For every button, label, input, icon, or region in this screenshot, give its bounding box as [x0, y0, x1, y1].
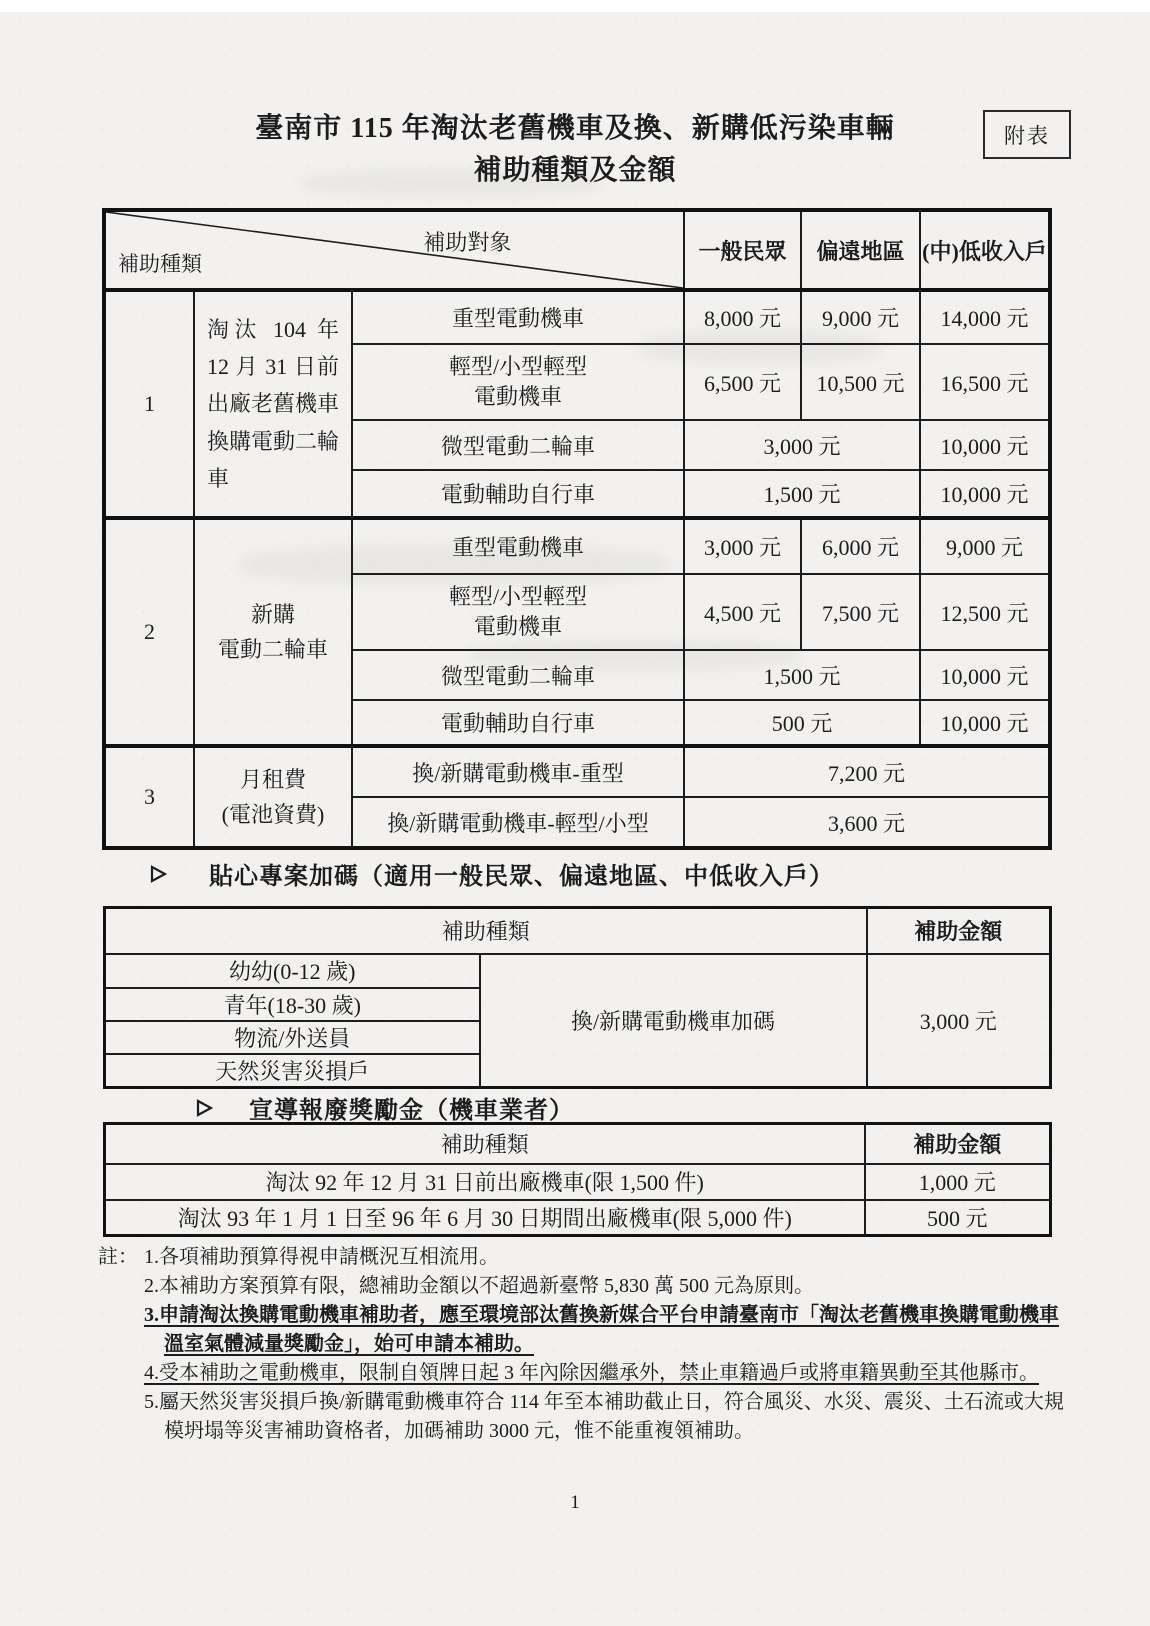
- amount-cell-merged: 3,000 元: [684, 420, 920, 470]
- notes-section: 註： 1.各項補助預算得視申請概況互相流用。 2.本補助方案預算有限，總補助金額…: [98, 1243, 1070, 1446]
- bonus-type-cell: 幼幼(0-12 歲): [105, 954, 480, 988]
- target-cell: 微型電動二輪車: [352, 650, 684, 700]
- target-cell: 輕型/小型輕型電動機車: [352, 344, 684, 420]
- note-item-5: 5.屬天然災害災損戶換/新購電動機車符合 114 年至本補助截止日，符合風災、水…: [144, 1388, 1070, 1446]
- reward-section-heading: 宣導報廢獎勵金（機車業者）: [196, 1090, 574, 1125]
- amount-cell: 10,000 元: [920, 650, 1050, 700]
- group-number: 2: [104, 518, 194, 746]
- target-label: 輕型/小型輕型電動機車: [442, 352, 594, 411]
- note-item-3: 3.申請淘汰換購電動機車補助者，應至環境部汰舊換新媒合平台申請臺南市「淘汰老舊機…: [144, 1301, 1070, 1359]
- group-number: 3: [104, 746, 194, 848]
- amount-cell-merged: 7,200 元: [684, 746, 1050, 797]
- amount-cell: 10,000 元: [920, 470, 1050, 518]
- amount-cell-merged: 3,600 元: [684, 797, 1050, 848]
- category-line-1: 新購: [195, 597, 351, 632]
- target-cell: 微型電動二輪車: [352, 420, 684, 470]
- reward-type-cell: 淘汰 93 年 1 月 1 日至 96 年 6 月 30 日期間出廠機車(限 5…: [105, 1200, 865, 1236]
- notes-list: 1.各項補助預算得視申請概況互相流用。 2.本補助方案預算有限，總補助金額以不超…: [144, 1243, 1070, 1446]
- bonus-section-heading: 貼心專案加碼（適用一般民眾、偏遠地區、中低收入戶）: [150, 856, 834, 891]
- scanned-document-page: 臺南市 115 年淘汰老舊機車及換、新購低污染車輛 補助種類及金額 附表 補助種…: [0, 0, 1150, 1626]
- bonus-type-cell: 青年(18-30 歲): [105, 988, 480, 1021]
- title-line-1: 臺南市 115 年淘汰老舊機車及換、新購低污染車輛: [125, 108, 1025, 150]
- reward-heading-text: 宣導報廢獎勵金（機車業者）: [249, 1090, 574, 1125]
- amount-cell: 16,500 元: [920, 344, 1050, 420]
- target-cell: 換/新購電動機車-重型: [352, 746, 684, 797]
- category-line-1: 月租費: [195, 762, 351, 797]
- amount-cell: 9,000 元: [801, 290, 920, 344]
- reward-amount-cell: 500 元: [865, 1200, 1051, 1236]
- target-cell: 重型電動機車: [352, 518, 684, 574]
- group-number: 1: [104, 290, 194, 518]
- column-header-general: 一般民眾: [684, 210, 801, 290]
- reward-header-amount: 補助金額: [865, 1124, 1051, 1164]
- bonus-table: 補助種類 補助金額 幼幼(0-12 歲) 換/新購電動機車加碼 3,000 元 …: [103, 906, 1052, 1089]
- amount-cell: 10,000 元: [920, 700, 1050, 746]
- amount-cell: 14,000 元: [920, 290, 1050, 344]
- group-category: 新購 電動二輪車: [194, 518, 352, 746]
- appendix-tag-label: 附表: [1004, 120, 1050, 150]
- target-cell: 換/新購電動機車-輕型/小型: [352, 797, 684, 848]
- reward-type-cell: 淘汰 92 年 12 月 31 日前出廠機車(限 1,500 件): [105, 1164, 865, 1200]
- notes-label: 註：: [98, 1243, 144, 1446]
- note-item-2: 2.本補助方案預算有限，總補助金額以不超過新臺幣 5,830 萬 500 元為原…: [144, 1272, 1070, 1301]
- amount-cell: 6,500 元: [684, 344, 801, 420]
- column-header-remote: 偏遠地區: [801, 210, 920, 290]
- category-line-2: (電池資費): [195, 797, 351, 832]
- amount-cell-merged: 1,500 元: [684, 650, 920, 700]
- amount-cell: 12,500 元: [920, 574, 1050, 650]
- reward-table: 補助種類 補助金額 淘汰 92 年 12 月 31 日前出廠機車(限 1,500…: [103, 1122, 1052, 1237]
- amount-cell: 3,000 元: [684, 518, 801, 574]
- reward-header-type: 補助種類: [105, 1124, 865, 1164]
- amount-cell: 10,500 元: [801, 344, 920, 420]
- amount-cell: 9,000 元: [920, 518, 1050, 574]
- bonus-heading-text: 貼心專案加碼（適用一般民眾、偏遠地區、中低收入戶）: [209, 856, 834, 891]
- amount-cell: 8,000 元: [684, 290, 801, 344]
- document-title: 臺南市 115 年淘汰老舊機車及換、新購低污染車輛 補助種類及金額: [125, 108, 1025, 192]
- target-cell: 重型電動機車: [352, 290, 684, 344]
- category-line-2: 電動二輪車: [195, 632, 351, 667]
- diagonal-header-cell: 補助種類 補助對象: [104, 210, 684, 290]
- target-cell: 電動輔助自行車: [352, 700, 684, 746]
- amount-cell: 6,000 元: [801, 518, 920, 574]
- column-header-low-income: (中)低收入戶: [920, 210, 1050, 290]
- bonus-header-type: 補助種類: [105, 908, 867, 954]
- corner-label-category: 補助種類: [118, 248, 202, 278]
- amount-cell: 4,500 元: [684, 574, 801, 650]
- bonus-type-cell: 物流/外送員: [105, 1021, 480, 1054]
- target-cell: 輕型/小型輕型電動機車: [352, 574, 684, 650]
- bonus-merged-label: 換/新購電動機車加碼: [480, 954, 867, 1088]
- bonus-type-cell: 天然災害災損戶: [105, 1054, 480, 1088]
- title-line-2: 補助種類及金額: [125, 150, 1025, 192]
- arrowhead-icon: [150, 865, 167, 883]
- reward-amount-cell: 1,000 元: [865, 1164, 1051, 1200]
- group-category: 月租費 (電池資費): [194, 746, 352, 848]
- arrowhead-icon: [196, 1099, 213, 1117]
- bonus-amount-cell: 3,000 元: [867, 954, 1051, 1088]
- subsidy-table: 補助種類 補助對象 一般民眾 偏遠地區 (中)低收入戶 1 淘汰 104 年 1…: [102, 208, 1052, 850]
- bonus-header-amount: 補助金額: [867, 908, 1051, 954]
- target-cell: 電動輔助自行車: [352, 470, 684, 518]
- amount-cell: 7,500 元: [801, 574, 920, 650]
- amount-cell-merged: 1,500 元: [684, 470, 920, 518]
- note-item-1: 1.各項補助預算得視申請概況互相流用。: [144, 1243, 1070, 1272]
- target-label: 輕型/小型輕型電動機車: [442, 582, 594, 641]
- corner-label-target: 補助對象: [423, 226, 511, 257]
- amount-cell-merged: 500 元: [684, 700, 920, 746]
- group-category: 淘汰 104 年 12 月 31 日前出廠老舊機車換購電動二輪車: [194, 290, 352, 518]
- appendix-tag-box: 附表: [983, 110, 1071, 159]
- page-number: 1: [560, 1492, 590, 1514]
- amount-cell: 10,000 元: [920, 420, 1050, 470]
- note-item-4: 4.受本補助之電動機車，限制自領牌日起 3 年內除因繼承外，禁止車籍過戶或將車籍…: [144, 1359, 1070, 1388]
